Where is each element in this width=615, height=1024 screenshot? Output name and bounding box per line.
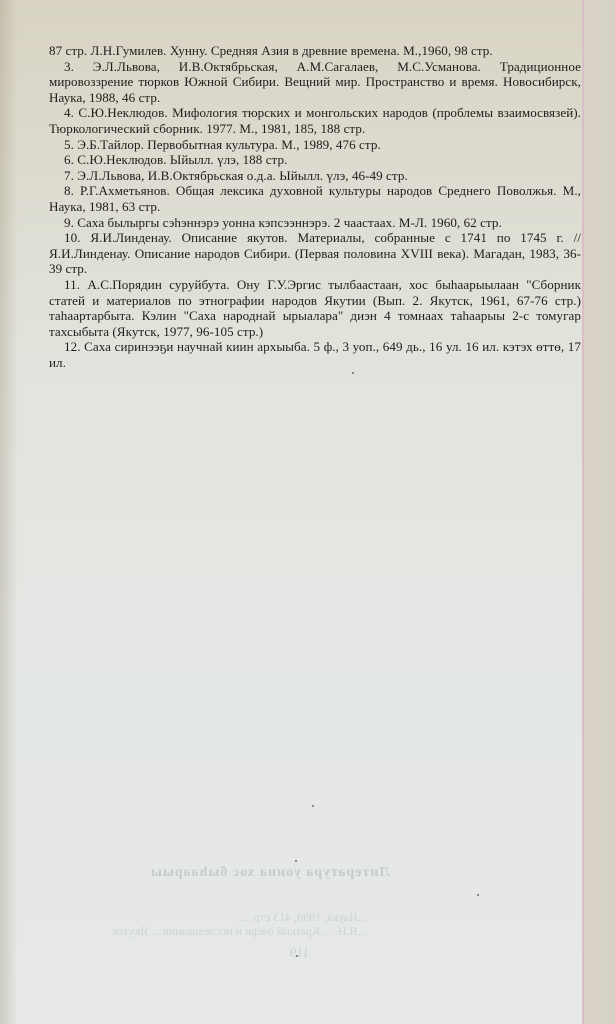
gutter-fold-line	[582, 0, 584, 1024]
reference-entry: 12. Саха сиринээҕи научнай киин архыыба.…	[49, 339, 581, 370]
paper-speck	[295, 860, 297, 862]
reference-entry: 3. Э.Л.Львова, И.В.Октябрьская, А.М.Сага…	[49, 59, 581, 106]
reference-entry: 10. Я.И.Линденау. Описание якутов. Матер…	[49, 230, 581, 277]
page-gutter	[582, 0, 615, 1024]
bleed-through-line: ...Наука, 1990, 413 стр. ...	[112, 910, 367, 924]
reference-entry: 7. Э.Л.Львова, И.В.Октябрьская о.д.а. Ый…	[49, 168, 581, 184]
references-text-block: 87 стр. Л.Н.Гумилев. Хунну. Средняя Азия…	[49, 43, 581, 370]
paper-speck	[296, 955, 298, 957]
bleed-through-text: ...Наука, 1990, 413 стр. ... ...Я.Н. ...…	[112, 910, 367, 938]
reference-entry: 5. Э.Б.Тайлор. Первобытная культура. М.,…	[49, 137, 581, 153]
reference-entry: 87 стр. Л.Н.Гумилев. Хунну. Средняя Азия…	[49, 43, 581, 59]
bleed-through-heading: Литература уонна хос быһаарыы	[150, 866, 390, 880]
page-edge-shadow	[0, 0, 18, 1024]
reference-entry: 4. С.Ю.Неклюдов. Мифология тюрских и мон…	[49, 105, 581, 136]
reference-entry: 9. Саха былыргы сэһэннэрэ уонна кэпсээнн…	[49, 215, 581, 231]
bleed-through-line: ...Я.Н. ... Краткий очерк и исследования…	[112, 924, 367, 938]
paper-speck	[352, 372, 354, 374]
reference-entry: 11. А.С.Порядин суруйбута. Ону Г.У.Эргис…	[49, 277, 581, 339]
bleed-through-page-number: 119	[290, 945, 309, 961]
reference-entry: 6. С.Ю.Неклюдов. Ыйылл. үлэ, 188 стр.	[49, 152, 581, 168]
scanned-page: 87 стр. Л.Н.Гумилев. Хунну. Средняя Азия…	[0, 0, 615, 1024]
paper-speck	[312, 805, 314, 807]
reference-entry: 8. Р.Г.Ахметьянов. Общая лексика духовно…	[49, 183, 581, 214]
paper-speck	[477, 894, 479, 896]
